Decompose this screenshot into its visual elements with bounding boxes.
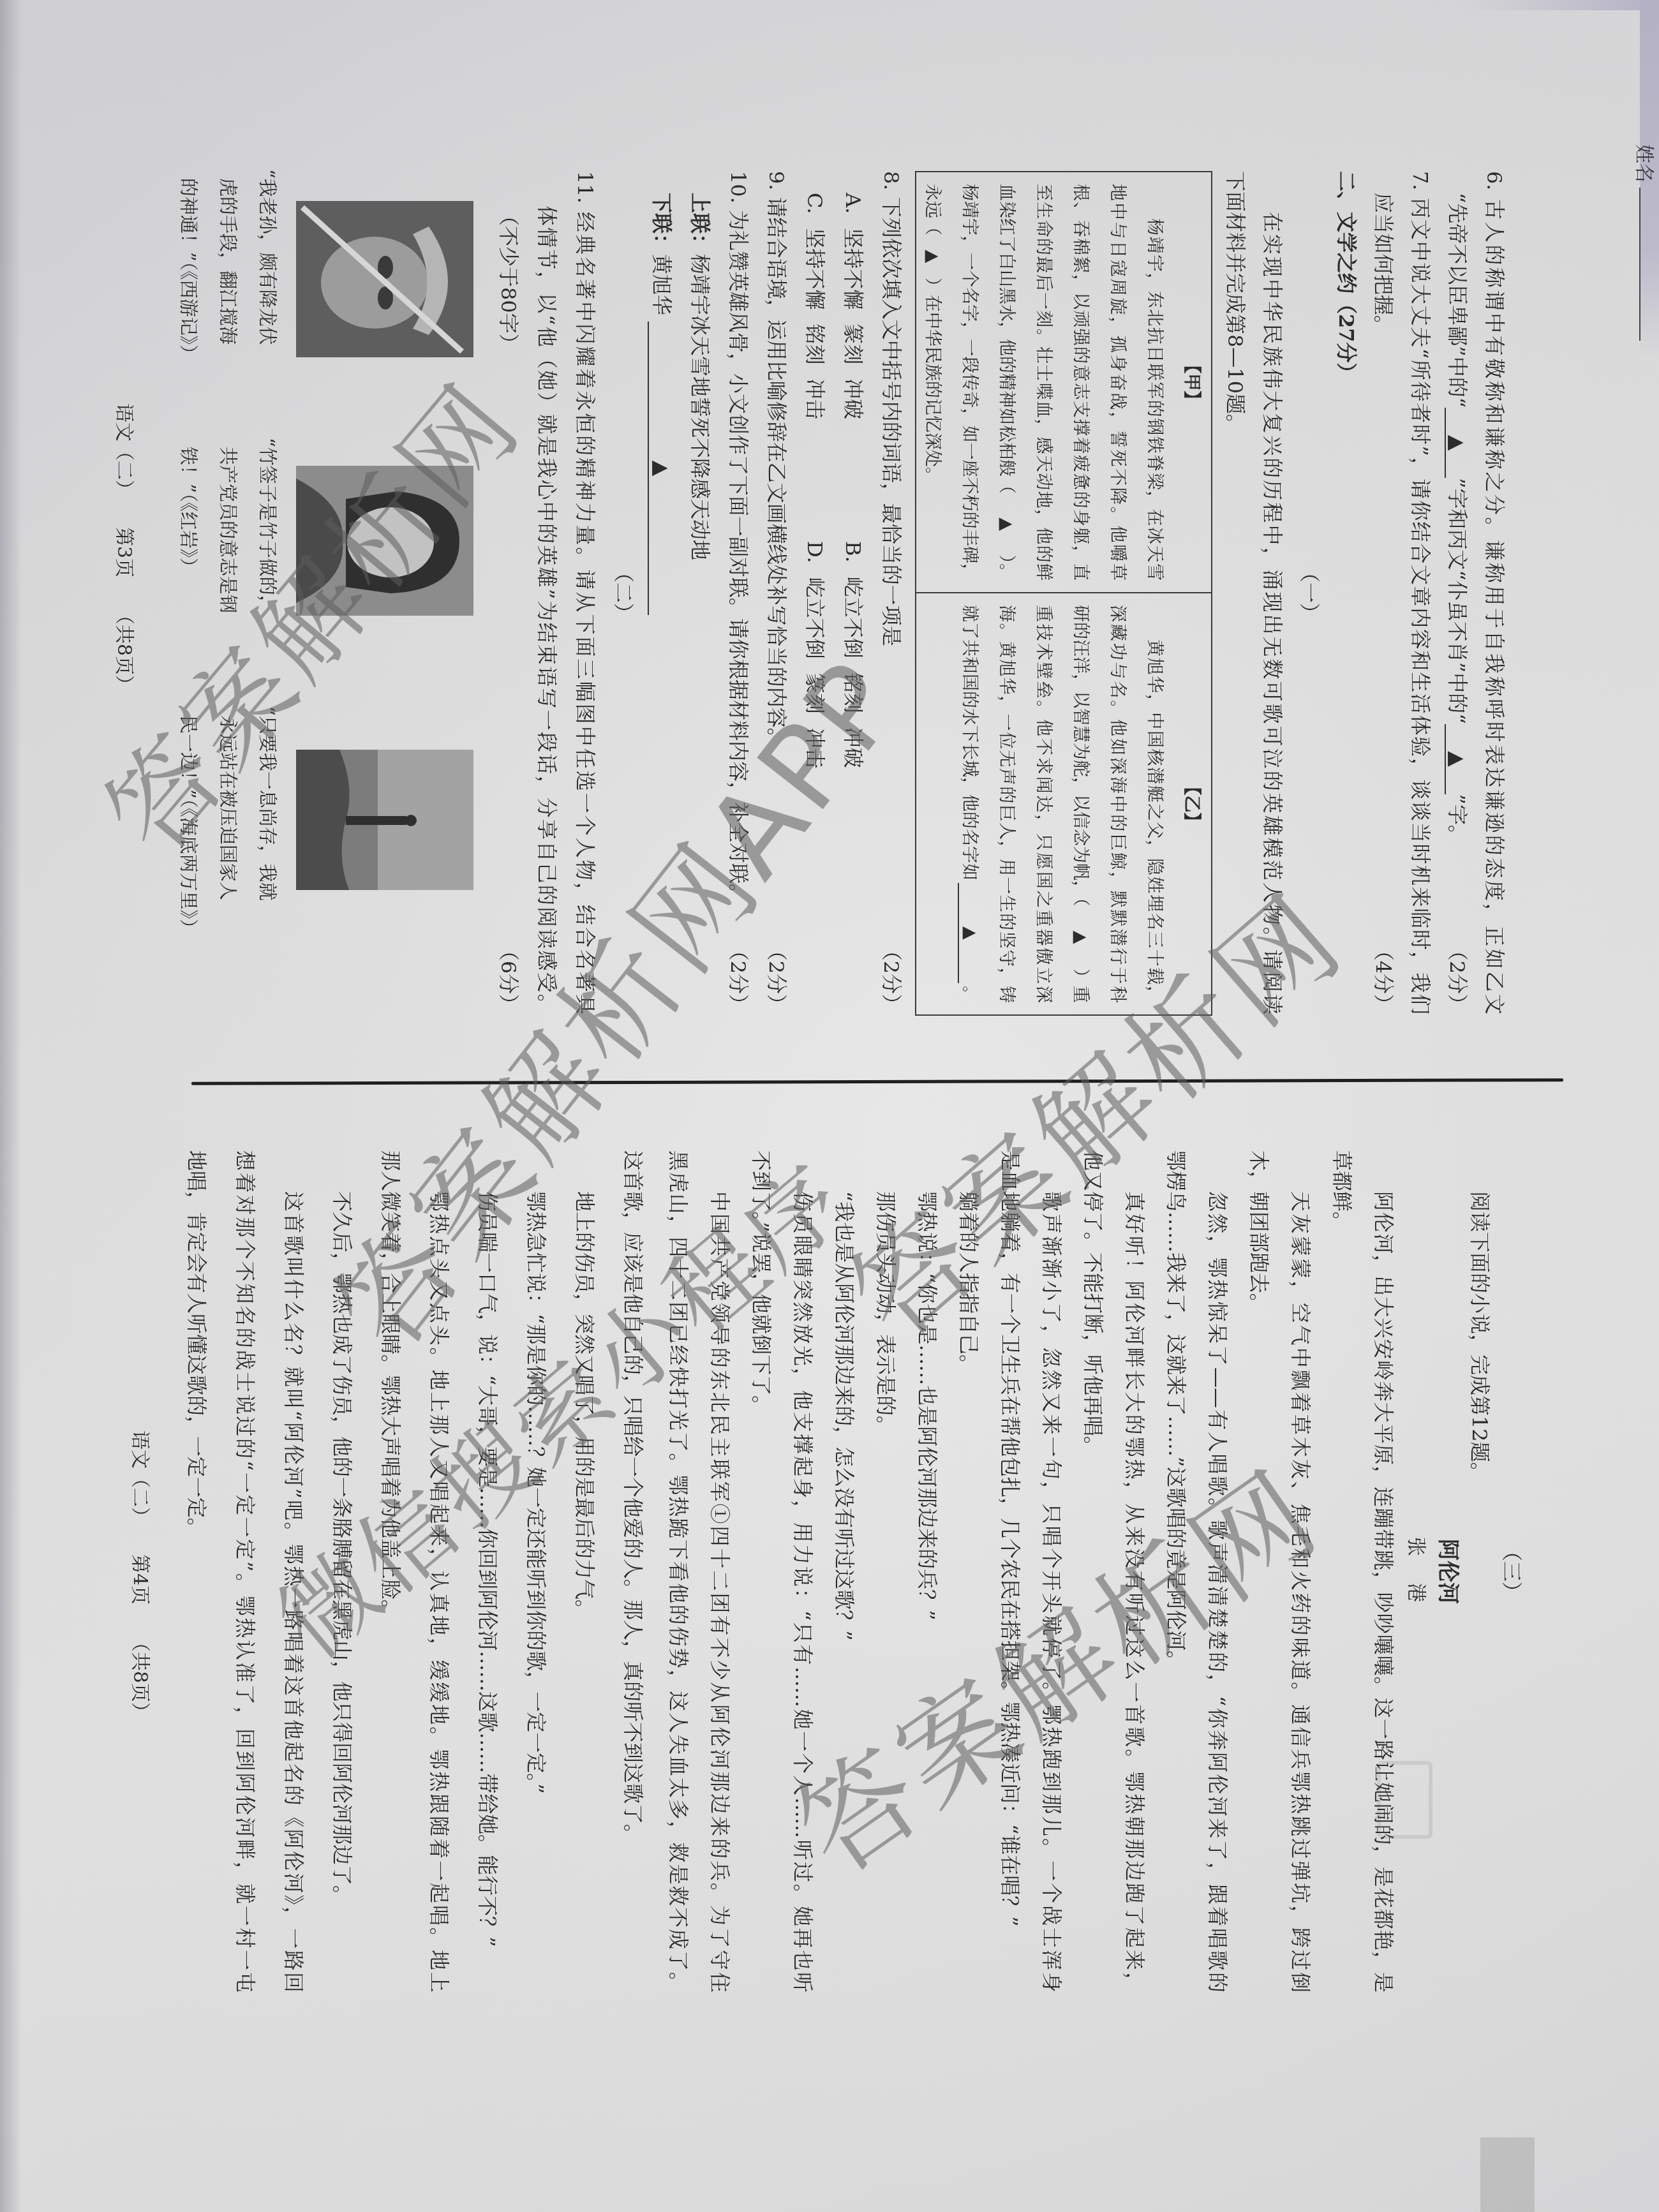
q11-line-1: 11. 经典名著中闪耀着永恒的精神力量。请从下面三幅图中任选一个人物，结合名著具	[566, 171, 604, 1014]
rocks	[296, 750, 350, 890]
story-line: 中国共产党领导的东北民主联军①四十二团有不少从阿伦河那边来的兵。为了守住	[699, 1150, 740, 1993]
option-word: 篆刻	[803, 673, 827, 714]
q7-line-2: 应当如何把握。 （4分）	[1365, 171, 1402, 1014]
story-line: 伤员喘一口气，说：“大哥，要是……你回到阿伦河……这歌……带给她。能行不？”	[463, 1150, 512, 1993]
paren-blank-triangle: ▲	[914, 235, 951, 278]
footer-subject: 语文（二）	[113, 403, 135, 499]
material-text: 。	[951, 986, 988, 1003]
q8-options-ab: A.坚持不懈篆刻冲破 B.屹立不倒铭刻冲破	[834, 171, 872, 1014]
intro-line-1: 在实现中华民族伟大复兴的历程中，涌现出无数可歌可泣的英雄模范人物。请阅读	[1254, 171, 1291, 1014]
answer-blank-triangle: ▲	[1445, 408, 1469, 478]
q8-options-cd: C.坚持不懈铭刻冲击 D.屹立不倒篆刻冲击	[796, 171, 834, 1014]
q6-score: （2分）	[1439, 940, 1476, 1014]
caption-line: 共产党员的意志是钢	[208, 438, 248, 687]
story-line: 不到了。”说罢，他就倒下了。	[740, 1150, 782, 1993]
sun-wukong-illustration	[296, 201, 473, 357]
q7-score: （4分）	[1365, 940, 1402, 1014]
material-yi-line: 黄旭华，中国核潜艇之父，隐姓埋名三十载，	[1136, 605, 1173, 1003]
caption-line: “我老孙，颇有降龙伏	[248, 169, 287, 418]
q7-line-1: 7. 丙文中说大丈夫“所待者时”，请你结合文章内容和生活体验，谈谈当时机来临时，…	[1402, 171, 1439, 1014]
story-line: 天灰蒙蒙，空气中飘着草木灰、焦毛和火药的味道。通信兵鄂热跳过弹坑，跨过倒	[1279, 1150, 1321, 1993]
footer-page-number: 第3页	[113, 527, 135, 577]
caption-line: “竹签子是竹子做的，	[248, 438, 287, 687]
material-text: 血染红了白山黑水，他的精神如松柏般（	[988, 184, 1025, 494]
q11-score: （6分）	[489, 940, 528, 1014]
q6-text-b: ”字和丙文“仆虽不肖”中的“	[1445, 478, 1469, 724]
couplet-upper-label: 上联：	[688, 193, 712, 254]
material-text: ）在中华民族的记忆深处。	[923, 278, 942, 484]
story-line: “我也是从阿伦河那边来的，怎么没有听过这歌？”	[823, 1150, 865, 1993]
caption-line: 的神通！”（《西游记》）	[168, 169, 208, 418]
option-word: 篆刻	[841, 323, 865, 364]
underline-blank-triangle: ▲	[958, 883, 981, 983]
story-line: 阿伦河，出大兴安岭奔大平原，连蹦带跳，吵吵嚷嚷。这一路让她闹的，是花都艳，是	[1362, 1150, 1404, 1993]
story-line: 地上的伤员，突然又唱了，用的是最后的力气。	[560, 1150, 609, 1993]
option-word: 屹立不倒	[841, 577, 865, 658]
material-yi-label: 【乙】	[1173, 605, 1210, 1003]
story-line: 是血地躺着，有一个卫生兵在帮他包扎，几个农民在搭担架。鄂热凑近问：“谁在唱？”	[989, 1150, 1030, 1993]
q9-score: （2分）	[757, 940, 796, 1014]
exam-paper-photo: 姓名 6. 古人的称谓中有敬称和谦称之分。谦称用于自我称呼时表达谦逊的态度，正如…	[0, 0, 1659, 2212]
story-body: 阿伦河，出大兴安岭奔大平原，连蹦带跳，吵吵嚷嚷。这一路让她闹的，是花都艳，是 草…	[172, 1150, 1404, 1993]
section-title: 二、文学之约（27分）	[1328, 171, 1365, 1014]
option-key: C.	[803, 193, 827, 214]
story-line: 这首歌，应该是他自己的，只唱给一个他爱的人。那人，真的听不到这歌了。	[609, 1150, 657, 1993]
caption-line: 民一边！”（《海底两万里》）	[168, 706, 208, 955]
story-line: 鄂楞鸟……我来了，这就来了……”这歌唱的竟是阿伦河。	[1155, 1150, 1196, 1993]
story-author: 张 港	[1400, 1150, 1432, 1993]
story-line: 真好听！阿伦河畔长大的鄂热，从来没有听过这么一首歌。鄂热朝那边跑了起来，	[1113, 1150, 1155, 1993]
option-word: 冲破	[841, 727, 865, 768]
figure-caption: “我老孙，颇有降龙伏 虎的手段，翻江搅海 的神通！”（《西游记》）	[168, 169, 287, 418]
story-line: 草都鲜。	[1321, 1150, 1362, 1993]
exam-page-3: 姓名 6. 古人的称谓中有敬称和谦称之分。谦称用于自我称呼时表达谦逊的态度，正如…	[0, 0, 1659, 1078]
q8-option-c: C.坚持不懈铭刻冲击	[796, 193, 834, 420]
q11-word-limit: （不少于80字）	[496, 205, 521, 354]
part-3-heading: （三）	[1496, 1150, 1528, 1993]
page-3-footer: 语文（二）第3页（共8页）	[112, 357, 140, 740]
q11-line-3: （不少于80字） （6分）	[489, 171, 528, 1014]
reading-material-box: 【甲】 杨靖宇，东北抗日联军的钢铁脊梁，在冰天雪 地中与日寇周旋，孤身奋战，誓死…	[915, 171, 1212, 1016]
story-line: 鄂热急忙说：“那是你的……？她一定还能听到你的歌，一定一定。”	[512, 1150, 560, 1993]
material-yi-line: 海。黄旭华，一位无声的巨人，用一生的坚守，铸	[988, 605, 1025, 1003]
option-word: 坚持不懈	[841, 228, 865, 309]
material-jia-label: 【甲】	[1173, 184, 1210, 581]
q8-score: （2分）	[872, 940, 911, 1014]
story-line: 鄂热点头又点头。地上那人又唱起来，认真地，缓缓地。鄂热跟随着一起唱。地上	[415, 1150, 463, 1993]
q8-option-b: B.屹立不倒铭刻冲破	[834, 541, 872, 768]
footer-subject: 语文（二）	[129, 1430, 151, 1526]
jiang-jie-image	[296, 466, 473, 616]
paren-blank-triangle: ▲	[988, 494, 1025, 555]
q9-line: 9. 请结合语境，运用比喻修辞在乙文画横线处补写恰当的内容。 （2分）	[757, 171, 796, 1014]
material-jia-line: 杨靖宇，一个名字，一段传奇，如一座不朽的丰碑，	[951, 184, 988, 581]
underline-blank-triangle: ▲	[648, 322, 674, 615]
jiang-jie-portrait	[296, 466, 473, 616]
option-key: B.	[841, 541, 865, 563]
name-field: 姓名	[1632, 144, 1659, 341]
q8-option-d: D.屹立不倒篆刻冲击	[796, 541, 834, 769]
figure-head	[405, 815, 417, 826]
material-jia-line: 永远（▲）在中华民族的记忆深处。	[914, 184, 951, 581]
couplet-lower: 下联：黄旭华▲	[643, 171, 681, 1014]
footer-total-pages: （共8页）	[113, 605, 135, 694]
q10-line: 10. 为礼赞英雄风骨，小文创作了下面一副对联。请你根据材料内容，补全对联。 （…	[719, 171, 757, 1014]
q8-stem-line: 8. 下列依次填入文中括号内的词语，最恰当的一项是 （2分）	[872, 171, 911, 1014]
material-text: 研的汪洋，以智慧为舵，以信念为帆，（	[1062, 605, 1099, 907]
face	[347, 507, 434, 577]
material-jia-line: 地中与日寇周旋，孤身奋战，誓死不降。他嚼草	[1099, 184, 1136, 581]
option-word: 冲击	[803, 379, 827, 420]
material-text: 永远（	[923, 184, 942, 235]
q6-text-a: “先帝不以臣卑鄙”中的“	[1445, 193, 1469, 408]
material-text: ）重	[1062, 969, 1099, 1003]
figure-caption: “只要我一息尚存，我就 永远站在被压迫国家人 民一边！”（《海底两万里》）	[168, 706, 287, 955]
material-text: 就了共和国的水下长城，他的名字如	[951, 605, 988, 880]
q6-line-2: “先帝不以臣卑鄙”中的“▲”字和丙文“仆虽不肖”中的“▲”字。 （2分）	[1439, 171, 1476, 1014]
q7-text: 应当如何把握。	[1371, 193, 1395, 336]
story-line: 歌声渐渐小了，忽然又来一句，只唱个开头就停了。鄂热跑到那儿。一个战士浑身	[1030, 1150, 1072, 1993]
standing-figure	[346, 816, 406, 825]
material-yi: 【乙】 黄旭华，中国核潜艇之父，隐姓埋名三十载， 深藏功与名。他如深海中的巨鲸，…	[916, 593, 1211, 1014]
figure-caption: “竹签子是竹子做的， 共产党员的意志是钢 铁！”（《红岩》）	[168, 438, 287, 687]
material-jia: 【甲】 杨靖宇，东北抗日联军的钢铁脊梁，在冰天雪 地中与日寇周旋，孤身奋战，誓死…	[916, 172, 1211, 593]
q11-line-2: 体情节，以“他（她）就是我心中的英雄”为结束语写一段话，分享自己的阅读感受。	[528, 171, 566, 1014]
option-key: A.	[841, 193, 865, 214]
caption-line: “只要我一息尚存，我就	[248, 706, 287, 955]
footer-page-number: 第4页	[129, 1554, 151, 1605]
q6-text-c: ”字。	[1445, 794, 1469, 845]
story-title: 阿伦河	[1432, 1150, 1464, 1993]
footer-total-pages: （共8页）	[129, 1633, 151, 1721]
option-word: 屹立不倒	[803, 577, 827, 659]
option-word: 铭刻	[803, 324, 827, 365]
q6-line-1: 6. 古人的称谓中有敬称和谦称之分。谦称用于自我称呼时表达谦逊的态度，正如乙文	[1476, 171, 1513, 1014]
story-line: 这首歌叫什么名？就叫“阿伦河”吧。鄂热一路唱着这首他起名的《阿伦河》，一路回	[269, 1150, 318, 1993]
option-word: 铭刻	[841, 672, 865, 713]
material-yi-line: 深藏功与名。他如深海中的巨鲸，默默潜行于科	[1099, 605, 1136, 1003]
story-line: 木，朝团部跑去。	[1238, 1150, 1279, 1993]
material-yi-line: 就了共和国的水下长城，他的名字如▲。	[951, 605, 988, 1003]
story-line: 他又停了。不能打断，听他再唱。	[1072, 1150, 1113, 1993]
couplet-upper-text: 杨靖宇冰天雪地誓死不降感天动地	[688, 254, 712, 560]
story-line: 鄂热说：“你也是……也是阿伦河那边来的兵？”	[906, 1150, 948, 1993]
intro-line-2: 下面材料并完成第8—10题。	[1217, 171, 1254, 1014]
story-line: 伤员眼睛突然放光，他支撑起身，用力说：“只有……她一个人……听过。她再也听	[782, 1150, 823, 1993]
story-instruction: 阅读下面的小说，完成第12题。	[1464, 1150, 1496, 1993]
name-label: 姓名	[1632, 144, 1659, 182]
exam-page-4: （三） 阅读下面的小说，完成第12题。 阿伦河 张 港 阿伦河，出大兴安岭奔大平…	[0, 1078, 1659, 2212]
part-1-heading: （一）	[1291, 171, 1328, 1014]
page-4-footer: 语文（二）第4页（共8页）	[128, 1384, 156, 1767]
story-line: 躺着的人指指自己。	[948, 1150, 989, 1993]
captain-nemo-image	[296, 750, 473, 890]
story-line: 那人微笑着，合上眼睛。鄂热大声唱着为他盖上脸。	[366, 1150, 415, 1993]
story-line: 那伤员头动动，表示是的。	[865, 1150, 906, 1993]
story-line: 黑虎山，四十二团已经快打光了。鄂热跪下看他的伤势，这人失血太多，救是救不成了。	[657, 1150, 699, 1993]
caption-line: 永远站在被压迫国家人	[208, 706, 248, 955]
caption-line: 铁！”（《红岩》）	[168, 438, 208, 687]
material-jia-line: 根、吞棉絮，以顽强的意志支撑着疲惫的身躯，直	[1062, 184, 1099, 581]
part-2-heading: （二）	[604, 171, 643, 1014]
q9-stem: 9. 请结合语境，运用比喻修辞在乙文画横线处补写恰当的内容。	[764, 171, 789, 748]
couplet-upper: 上联：杨靖宇冰天雪地誓死不降感天动地	[681, 171, 719, 1014]
questions-8-11-block: 8. 下列依次填入文中括号内的词语，最恰当的一项是 （2分） A.坚持不懈篆刻冲…	[489, 171, 911, 1014]
answer-blank-triangle: ▲	[1445, 724, 1469, 794]
story-line: 不久后，鄂热也成了伤员，他的一条胳膊留在黑虎山，他只得回阿伦河那边了。	[318, 1150, 366, 1993]
caption-line: 虎的手段，翻江搅海	[208, 169, 248, 418]
couplet-lower-label: 下联：	[650, 193, 674, 254]
option-word: 坚持不懈	[803, 228, 827, 310]
material-jia-line: 杨靖宇，东北抗日联军的钢铁脊梁，在冰天雪	[1136, 184, 1173, 581]
q10-stem: 10. 为礼赞英雄风骨，小文创作了下面一副对联。请你根据材料内容，补全对联。	[726, 171, 750, 904]
captain-nemo-illustration	[296, 750, 473, 890]
material-jia-line: 至生命的最后一刻。壮士喋血，感天动地，他的鲜	[1025, 184, 1062, 581]
couplet-lower-text: 黄旭华	[650, 254, 674, 315]
name-underline	[1639, 188, 1640, 341]
sun-wukong-image	[296, 201, 473, 357]
option-word: 冲击	[803, 728, 827, 769]
material-text: ）。	[988, 555, 1025, 581]
q10-score: （2分）	[719, 940, 757, 1014]
paren-blank-triangle: ▲	[1062, 907, 1099, 969]
q8-stem: 8. 下列依次填入文中括号内的词语，最恰当的一项是	[879, 171, 904, 646]
story-line: 地唱，肯定会有人听懂这歌的，一定一定。	[172, 1150, 221, 1993]
option-word: 冲破	[841, 378, 865, 419]
show-through-mark	[1480, 2137, 1535, 2212]
material-yi-line: 重技术壁垒。他不求闻达，只愿国之重器傲立深	[1025, 605, 1062, 1003]
material-jia-line: 血染红了白山黑水，他的精神如松柏般（▲）。	[988, 184, 1025, 581]
story-header: （三） 阅读下面的小说，完成第12题。 阿伦河 张 港	[1400, 1150, 1528, 1993]
q8-option-a: A.坚持不懈篆刻冲破	[834, 193, 872, 419]
story-line: 想着对那个不知名的战士说过的“一定一定”。鄂热认准了，回到阿伦河畔，就一村一屯	[221, 1150, 269, 1993]
monkey-face	[321, 237, 428, 329]
story-line: 忽然，鄂热惊呆了——有人唱歌。歌声清清楚楚的，“你奔阿伦河来了，跟着唱歌的	[1196, 1150, 1238, 1993]
option-key: D.	[803, 541, 827, 563]
questions-6-7-block: 6. 古人的称谓中有敬称和谦称之分。谦称用于自我称呼时表达谦逊的态度，正如乙文 …	[1217, 171, 1513, 1014]
material-yi-line: 研的汪洋，以智慧为舵，以信念为帆，（▲）重	[1062, 605, 1099, 1003]
